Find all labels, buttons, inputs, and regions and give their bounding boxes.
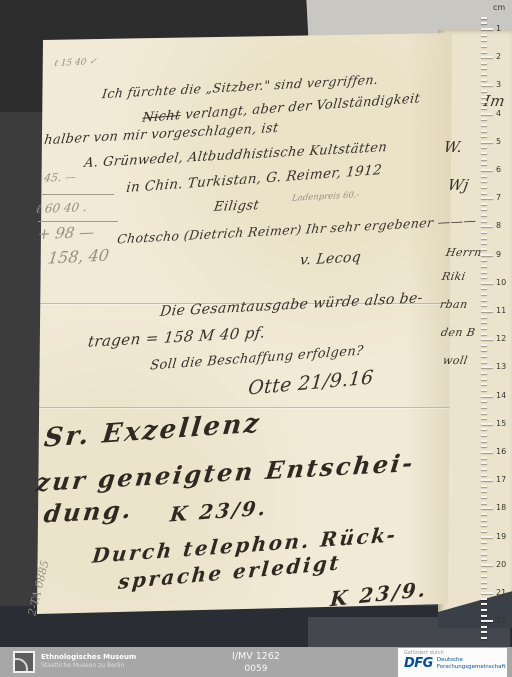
ink-line: Eiligst — [213, 198, 260, 215]
ruler-tick-cm — [481, 225, 493, 227]
ruler-tick-cm — [481, 536, 493, 538]
pencil-note: Ladenpreis 60.- — [291, 190, 360, 204]
ruler-tick-mm — [481, 609, 487, 611]
ruler-tick-mm — [481, 186, 487, 188]
adjacent-page-text-fragment: rban — [439, 298, 469, 311]
ruler-tick-cm — [481, 366, 493, 368]
ruler-tick-mm — [481, 163, 487, 165]
ruler-number: 6 — [496, 165, 512, 174]
ruler-tick-cm — [481, 620, 493, 622]
handwriting-layer: Ich fürchte die „Sitzber." sind vergriff… — [0, 0, 512, 677]
ruler-tick-mm — [481, 62, 487, 64]
ruler-tick-mm — [481, 417, 487, 419]
ruler-tick-mm — [481, 547, 487, 549]
ruler-tick-mm — [481, 39, 487, 41]
ruler-tick-mm — [481, 237, 487, 239]
ruler: cm 12345678910111213141516171819202122 — [476, 0, 512, 648]
ruler-tick-cm — [481, 197, 493, 199]
ruler-tick-mm — [481, 558, 487, 560]
ruler-unit-label: cm — [493, 3, 505, 12]
ruler-tick-mm — [481, 389, 487, 391]
ink-line: halber von mir vorgeschlagen, ist — [43, 121, 279, 148]
pencil-underline — [38, 221, 118, 222]
ruler-tick-cm — [481, 56, 493, 58]
ruler-tick-mm — [481, 192, 487, 194]
adjacent-page-text-fragment: W. — [442, 138, 464, 156]
ruler-tick-mm — [481, 349, 487, 351]
ruler-tick-cm — [481, 564, 493, 566]
adjacent-page-text-fragment: den B — [440, 326, 477, 339]
ruler-number: 22 — [496, 616, 512, 625]
ruler-number: 20 — [496, 560, 512, 569]
ruler-tick-mm — [481, 124, 487, 126]
adjacent-page-text-fragment: Wj — [446, 176, 470, 194]
ruler-number: 12 — [496, 334, 512, 343]
ruler-tick-cm — [481, 395, 493, 397]
ruler-tick-mm — [481, 490, 487, 492]
ruler-tick-mm — [481, 304, 487, 306]
ruler-number: 4 — [496, 109, 512, 118]
inventory-number-vertical: 2-TA 0885 — [25, 559, 51, 617]
ruler-tick-cm — [481, 141, 493, 143]
ruler-tick-mm — [481, 22, 487, 24]
adjacent-page-text-fragment: woll — [442, 354, 469, 367]
ruler-tick-mm — [481, 496, 487, 498]
ink-line: v. Lecoq — [299, 249, 362, 268]
ink-line: dung. — [42, 495, 135, 529]
ruler-tick-mm — [481, 248, 487, 250]
ruler-number: 15 — [496, 419, 512, 428]
ruler-tick-mm — [481, 457, 487, 459]
ruler-tick-mm — [481, 575, 487, 577]
pencil-note: ℓ 60 40 . — [35, 200, 88, 217]
pencil-note: 158, 40 — [47, 245, 110, 267]
ruler-tick-mm — [481, 344, 487, 346]
ruler-tick-mm — [481, 434, 487, 436]
ruler-tick-mm — [481, 203, 487, 205]
ruler-number: 19 — [496, 532, 512, 541]
ruler-tick-cm — [481, 169, 493, 171]
ruler-tick-mm — [481, 412, 487, 414]
ruler-tick-mm — [481, 259, 487, 261]
ruler-tick-mm — [481, 180, 487, 182]
ruler-tick-mm — [481, 271, 487, 273]
ruler-tick-mm — [481, 513, 487, 515]
ruler-tick-mm — [481, 287, 487, 289]
ruler-tick-mm — [481, 321, 487, 323]
ink-line: zur geneigten Entschei- — [34, 448, 416, 497]
ruler-tick-mm — [481, 406, 487, 408]
ruler-tick-mm — [481, 519, 487, 521]
ink-line: K 23/9. — [169, 495, 269, 526]
ruler-tick-cm — [481, 423, 493, 425]
pencil-note: 45. — — [43, 170, 77, 184]
ruler-tick-mm — [481, 378, 487, 380]
adjacent-page-text-fragment: Riki — [441, 270, 467, 283]
ruler-tick-mm — [481, 158, 487, 160]
ruler-tick-mm — [481, 400, 487, 402]
ruler-tick-mm — [481, 220, 487, 222]
ruler-tick-mm — [481, 73, 487, 75]
ruler-tick-mm — [481, 626, 487, 628]
ruler-tick-mm — [481, 462, 487, 464]
ruler-tick-mm — [481, 637, 487, 639]
ruler-tick-mm — [481, 541, 487, 543]
ruler-tick-mm — [481, 231, 487, 233]
ruler-number: 9 — [496, 250, 512, 259]
ruler-tick-mm — [481, 34, 487, 36]
ink-line: Chotscho (Dietrich Reimer) Ihr sehr erge… — [116, 213, 477, 247]
ink-line: Sr. Exzellenz — [43, 408, 263, 453]
ruler-tick-mm — [481, 152, 487, 154]
ruler-tick-mm — [481, 530, 487, 532]
ruler-tick-cm — [481, 113, 493, 115]
ruler-tick-mm — [481, 276, 487, 278]
ruler-tick-mm — [481, 146, 487, 148]
ink-line: K 23/9. — [329, 577, 428, 612]
ruler-tick-mm — [481, 208, 487, 210]
ruler-tick-mm — [481, 67, 487, 69]
ruler-number: 13 — [496, 362, 512, 371]
ruler-tick-mm — [481, 265, 487, 267]
ruler-tick-mm — [481, 107, 487, 109]
ruler-number: 11 — [496, 306, 512, 315]
ruler-tick-mm — [481, 615, 487, 617]
ruler-tick-mm — [481, 51, 487, 53]
ruler-number: 21 — [496, 588, 512, 597]
dfg-org-name: Deutsche Forschungsgemeinschaft — [437, 657, 506, 670]
ruler-tick-mm — [481, 333, 487, 335]
ruler-tick-mm — [481, 101, 487, 103]
ruler-tick-cm — [481, 28, 493, 30]
ruler-tick-cm — [481, 310, 493, 312]
ruler-tick-mm — [481, 135, 487, 137]
ruler-number: 1 — [496, 24, 512, 33]
ruler-tick-cm — [481, 451, 493, 453]
ruler-number: 16 — [496, 447, 512, 456]
ruler-tick-mm — [481, 445, 487, 447]
ruler-tick-mm — [481, 79, 487, 81]
ruler-tick-mm — [481, 603, 487, 605]
ruler-number: 14 — [496, 391, 512, 400]
ruler-tick-cm — [481, 84, 493, 86]
ruler-number: 7 — [496, 193, 512, 202]
ruler-tick-cm — [481, 479, 493, 481]
pencil-underline — [42, 194, 114, 195]
ruler-tick-mm — [481, 474, 487, 476]
ruler-tick-mm — [481, 631, 487, 633]
ruler-tick-mm — [481, 90, 487, 92]
ruler-tick-mm — [481, 299, 487, 301]
ruler-tick-mm — [481, 524, 487, 526]
ink-line: Otte 21/9.16 — [247, 366, 374, 399]
ruler-tick-mm — [481, 96, 487, 98]
ruler-number: 5 — [496, 137, 512, 146]
ink-line: Soll die Beschaffung erfolgen? — [149, 343, 364, 373]
ruler-tick-mm — [481, 553, 487, 555]
ruler-tick-mm — [481, 586, 487, 588]
ink-line: Die Gesamtausgabe würde also be- — [159, 290, 424, 320]
pencil-note: ℓ 15 40 ✓ — [53, 56, 97, 69]
ruler-number: 18 — [496, 503, 512, 512]
ruler-tick-cm — [481, 338, 493, 340]
ruler-tick-mm — [481, 383, 487, 385]
ruler-tick-mm — [481, 214, 487, 216]
ruler-tick-mm — [481, 327, 487, 329]
ruler-tick-mm — [481, 355, 487, 357]
ruler-tick-mm — [481, 428, 487, 430]
ruler-tick-mm — [481, 361, 487, 363]
ruler-tick-mm — [481, 598, 487, 600]
ruler-tick-mm — [481, 502, 487, 504]
pencil-note: + 98 — — [37, 223, 96, 243]
footer-bar: Ethnologisches Museum Staatliche Museen … — [0, 647, 512, 677]
dfg-logo: DFG — [404, 656, 433, 671]
ink-line: tragen = 158 M 40 pf. — [87, 323, 267, 350]
ruler-number: 8 — [496, 221, 512, 230]
ruler-tick-cm — [481, 282, 493, 284]
ruler-tick-mm — [481, 175, 487, 177]
ruler-tick-mm — [481, 293, 487, 295]
ruler-tick-mm — [481, 581, 487, 583]
ruler-tick-mm — [481, 440, 487, 442]
ruler-number: 2 — [496, 52, 512, 61]
ruler-tick-mm — [481, 569, 487, 571]
dfg-funding-box: Gefördert durch DFG Deutsche Forschungsg… — [398, 648, 507, 677]
ruler-tick-mm — [481, 485, 487, 487]
ruler-number: 10 — [496, 278, 512, 287]
ruler-tick-mm — [481, 118, 487, 120]
ruler-number: 3 — [496, 80, 512, 89]
ruler-number: 17 — [496, 475, 512, 484]
ruler-tick-cm — [481, 254, 493, 256]
ruler-tick-mm — [481, 130, 487, 132]
ruler-tick-mm — [481, 242, 487, 244]
ruler-tick-mm — [481, 468, 487, 470]
scanned-document-page: Ich fürchte die „Sitzber." sind vergriff… — [0, 0, 512, 677]
ruler-tick-mm — [481, 372, 487, 374]
ruler-tick-mm — [481, 45, 487, 47]
ruler-tick-cm — [481, 592, 493, 594]
ruler-tick-mm — [481, 316, 487, 318]
ruler-tick-cm — [481, 507, 493, 509]
ruler-tick-mm — [481, 17, 487, 19]
